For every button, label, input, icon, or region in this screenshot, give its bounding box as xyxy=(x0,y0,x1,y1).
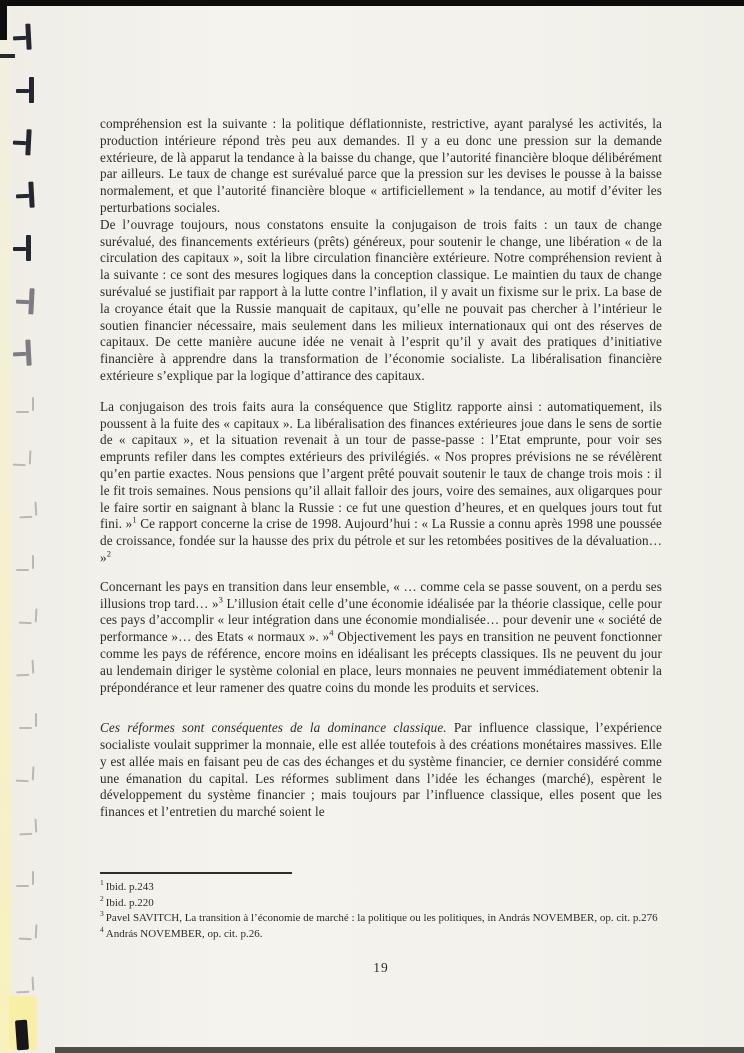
footnote: 2Ibid. p.220 xyxy=(100,896,662,912)
binding-mark xyxy=(13,235,31,261)
footnote-marker: 2 xyxy=(100,894,104,903)
binding-blob-artifact xyxy=(15,1020,29,1051)
footnote-text: Ibid. p.243 xyxy=(106,881,154,893)
paragraph-5-italic-lead: Ces réformes sont conséquentes de la dom… xyxy=(100,720,447,735)
binding-mark xyxy=(15,761,34,788)
footnote-text: András NOVEMBER, op. cit. p.26. xyxy=(106,928,263,940)
binding-mark xyxy=(19,709,37,735)
binding-mark xyxy=(16,551,34,577)
footnote: 3Pavel SAVITCH, La transition à l’économ… xyxy=(100,911,662,927)
footnote-marker: 1 xyxy=(100,878,104,887)
body-text: compréhension est la suivante : la polit… xyxy=(100,116,662,821)
binding-mark xyxy=(16,77,34,103)
binding-mark xyxy=(18,814,37,841)
footnote-marker: 3 xyxy=(100,909,104,918)
binding-mark xyxy=(12,129,31,156)
binding-mark xyxy=(15,972,34,999)
scanner-edge-bottom xyxy=(55,1047,744,1053)
footnote-text: Pavel SAVITCH, La transition à l’économi… xyxy=(106,912,658,924)
page-number: 19 xyxy=(100,960,662,976)
paragraph-1: compréhension est la suivante : la polit… xyxy=(100,116,662,217)
binding-mark xyxy=(18,919,37,946)
binding-mark xyxy=(12,340,31,367)
binding-mark xyxy=(15,656,34,683)
paragraph-5: Ces réformes sont conséquentes de la dom… xyxy=(100,720,662,821)
binding-mark xyxy=(18,603,37,630)
binding-mark xyxy=(15,287,34,314)
footnote-divider xyxy=(100,872,292,874)
footnote-marker: 4 xyxy=(100,925,104,934)
binding-mark xyxy=(12,24,31,51)
footnote: 1Ibid. p.243 xyxy=(100,880,662,896)
spiral-binding-marks xyxy=(0,0,48,1053)
binding-mark xyxy=(15,182,34,209)
binding-mark xyxy=(16,867,34,893)
footnote-ref-2: 2 xyxy=(107,549,111,559)
footnote-text: Ibid. p.220 xyxy=(106,897,154,909)
paragraph-2: De l’ouvrage toujours, nous constatons e… xyxy=(100,217,662,385)
binding-mark xyxy=(18,498,37,525)
binding-mark xyxy=(16,393,34,419)
footnote: 4András NOVEMBER, op. cit. p.26. xyxy=(100,927,662,943)
footnotes-section: 1Ibid. p.243 2Ibid. p.220 3Pavel SAVITCH… xyxy=(100,872,662,942)
binding-mark xyxy=(12,445,31,472)
paragraph-3-text: Ce rapport concerne la crise de 1998. Au… xyxy=(100,516,662,565)
scanner-edge-top xyxy=(0,0,744,6)
paragraph-3: La conjugaison des trois faits aura la c… xyxy=(100,399,662,567)
paragraph-3-text: La conjugaison des trois faits aura la c… xyxy=(100,399,662,532)
scanned-page: compréhension est la suivante : la polit… xyxy=(0,0,744,1053)
paragraph-4: Concernant les pays en transition dans l… xyxy=(100,579,662,697)
